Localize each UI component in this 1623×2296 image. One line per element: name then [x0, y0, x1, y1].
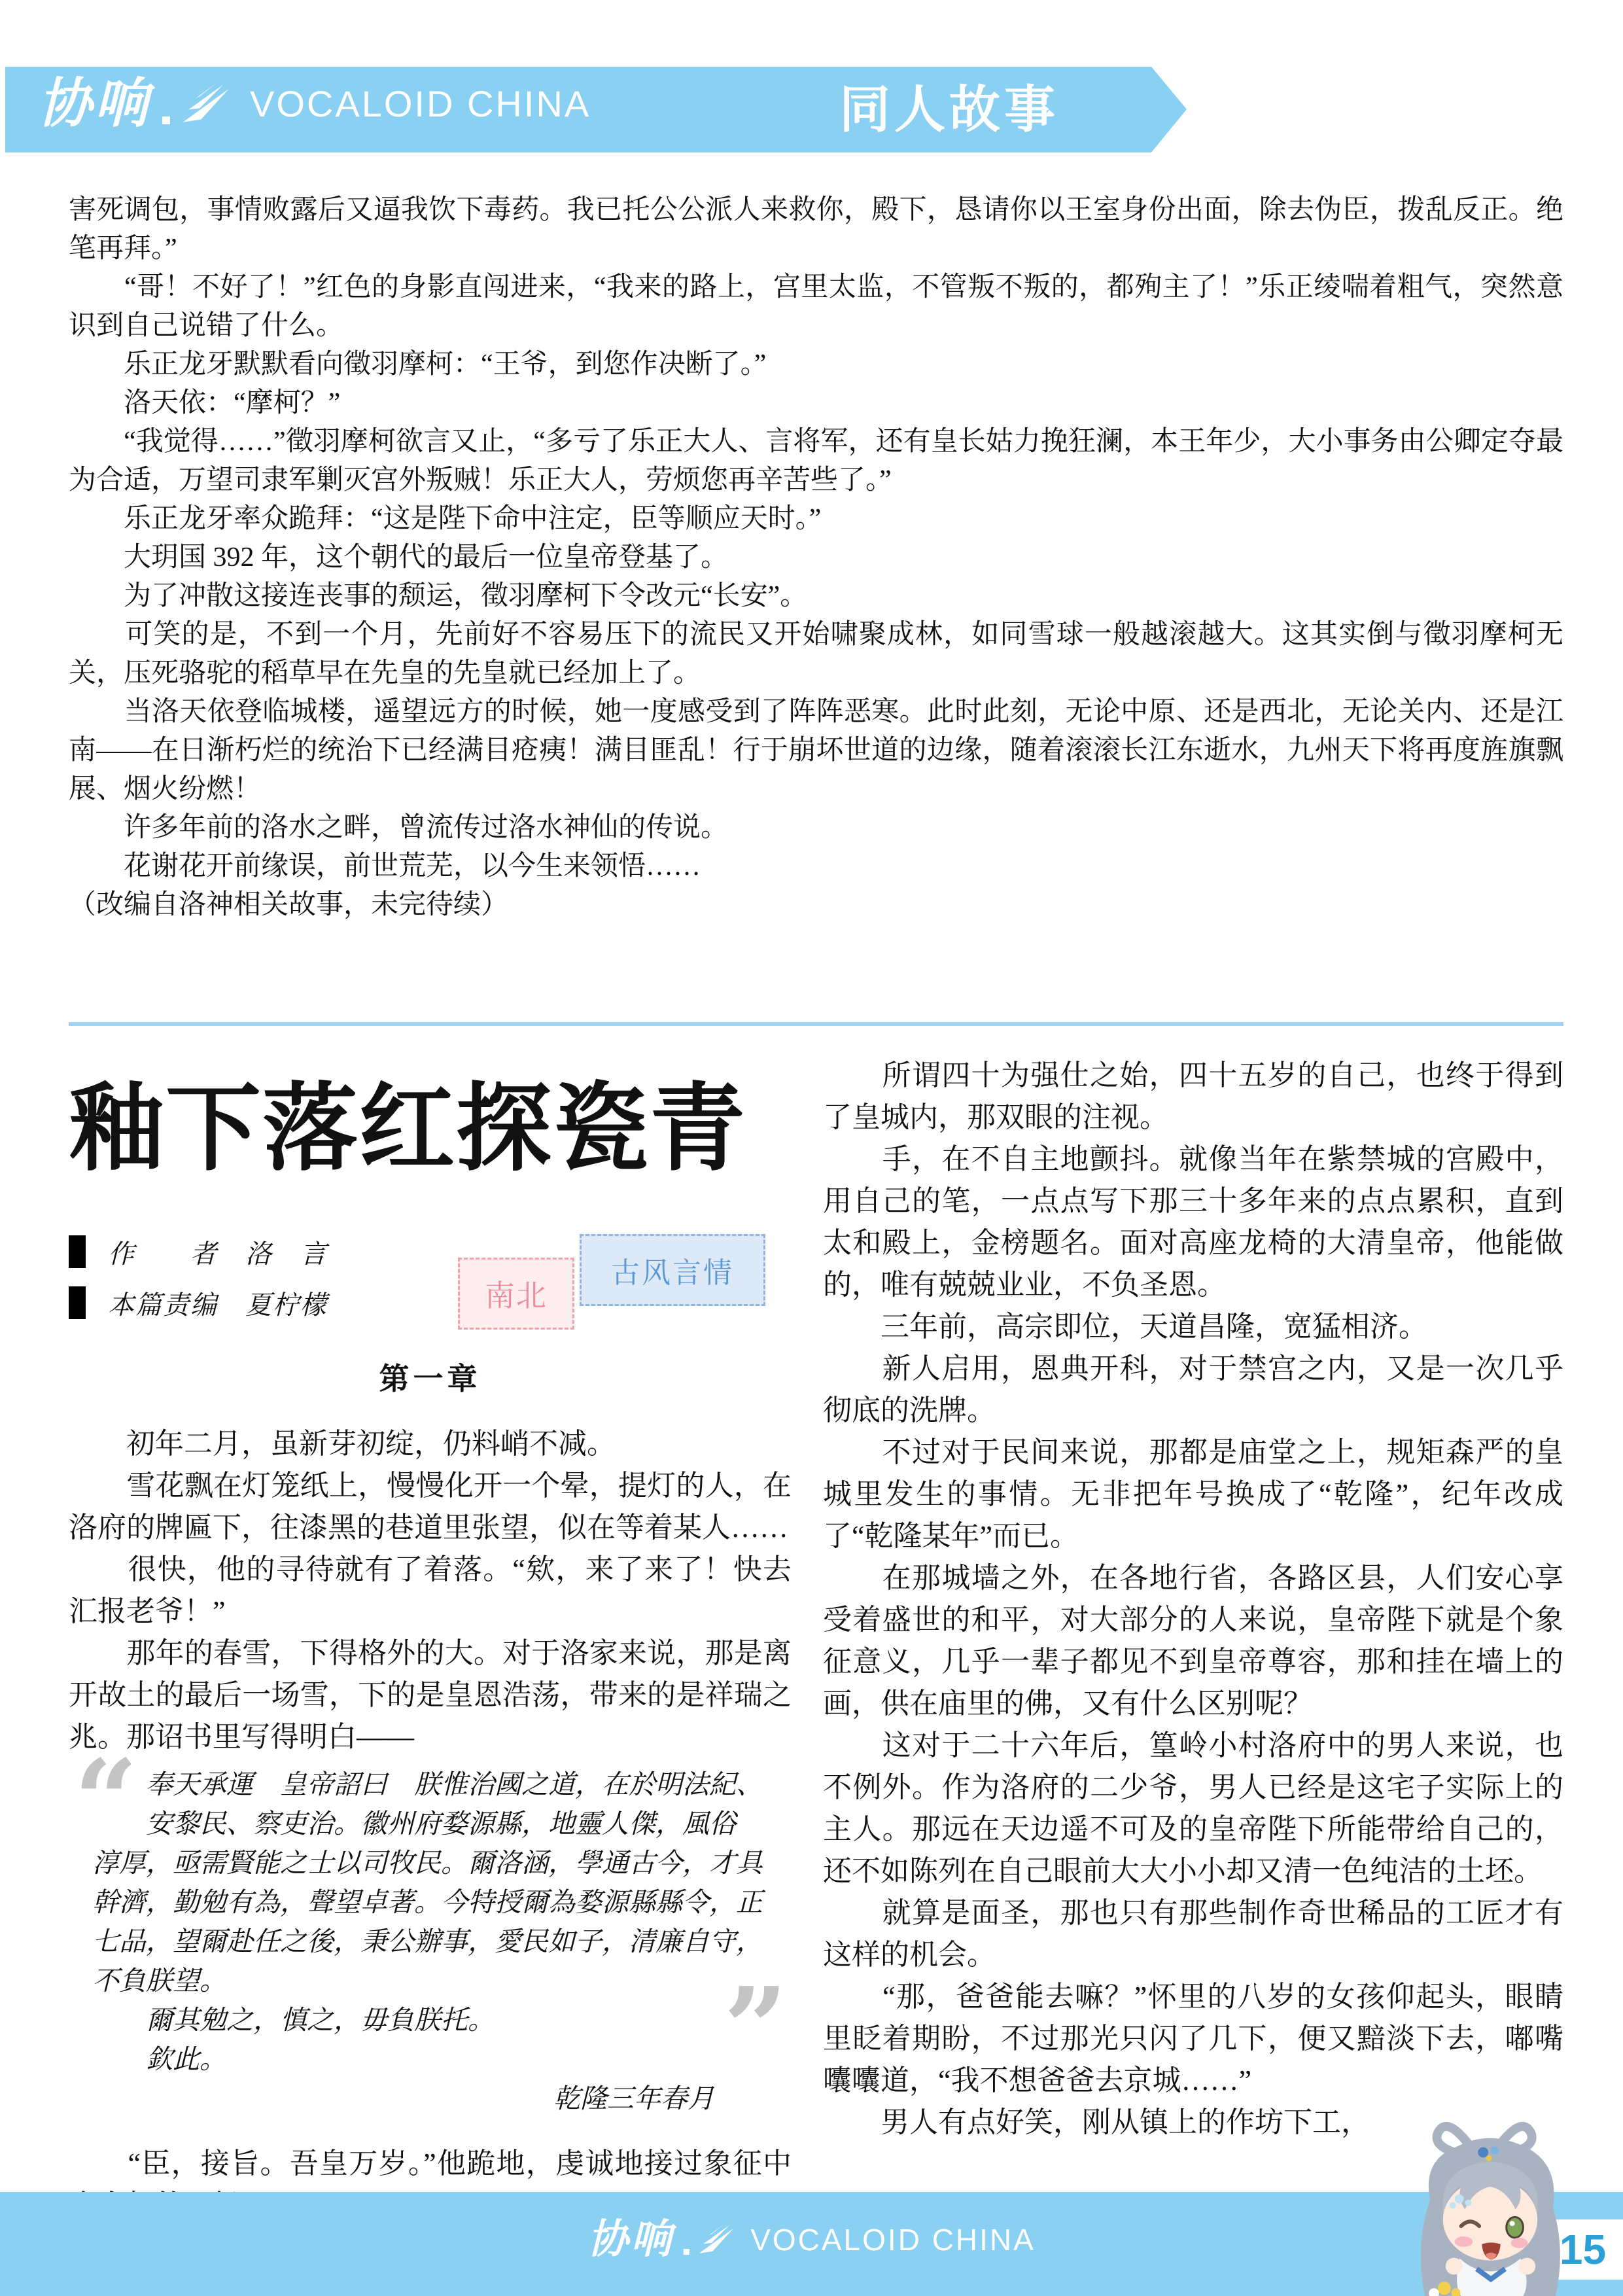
open-quote-mark: “ [74, 1745, 138, 1856]
imperial-edict-quote: “ 奉天承運 皇帝詔曰 朕惟治國之道，在於明法紀、 安黎民、察吏治。徽州府婺源縣… [92, 1765, 792, 2118]
story1-paragraph: “我觉得……”徵羽摩柯欲言又止，“多亏了乐正大人、言将军，还有皇长姑力挽狂澜，本… [69, 423, 1563, 500]
wing-icon [698, 2224, 736, 2255]
brand-en-logo: VOCALOID CHINA [750, 2225, 1036, 2255]
tag-genre-label: 古风言情 [611, 1249, 734, 1291]
story2-paragraph: 不过对于民间来说，那都是庙堂之上，规矩森严的皇城里发生的事情。无非把年号换成了“… [823, 1432, 1563, 1557]
story2-paragraph: 在那城墙之外，在各地行省，各路区县，人们安心享受着盛世的和平，对大部分的人来说，… [823, 1557, 1563, 1725]
quote-line: 不負朕望。 [92, 1961, 792, 2000]
square-bullet-icon [69, 1235, 86, 1268]
brand-dot [683, 2249, 689, 2255]
story2-left-body-1: 初年二月，虽新芽初绽，仍料峭不减。 雪花飘在灯笼纸上，慢慢化开一个晕，提灯的人，… [69, 1423, 792, 1758]
story2-paragraph: 那年的春雪，下得格外的大。对于洛家来说，那是离开故土的最后一场雪，下的是皇恩浩荡… [69, 1633, 792, 1758]
quote-line: 淳厚，亟需賢能之士以司牧民。爾洛涵，學通古今，才具 [92, 1843, 792, 1882]
header-logo: 协响 VOCALOID CHINA [38, 77, 591, 131]
story1-paragraph: “哥！不好了！”红色的身影直闯进来，“我来的路上，宫里太监，不管叛不叛的，都殉主… [69, 268, 1563, 345]
story1-paragraph: 大玥国 392 年，这个朝代的最后一位皇帝登基了。 [69, 539, 1563, 577]
story2-paragraph: 很快，他的寻待就有了着落。“欸，来了来了！快去汇报老爷！” [69, 1549, 792, 1633]
chapter-heading: 第一章 [69, 1355, 792, 1398]
quote-line: 幹濟，勤勉有為，聲望卓著。今特授爾為婺源縣縣令，正 [92, 1882, 792, 1922]
story2-right-column: 所谓四十为强仕之始，四十五岁的自己，也终于得到了皇城内，那双眼的注视。 手，在不… [823, 1055, 1563, 2144]
story1-paragraph: 可笑的是，不到一个月，先前好不容易压下的流民又开始啸聚成林，如同雪球一般越滚越大… [69, 616, 1563, 693]
story1-text: 害死调包，事情败露后又逼我饮下毒药。我已托公公派人来救你，殿下，恳请你以王室身份… [69, 191, 1563, 925]
footer-logo: 协响 VOCALOID CHINA [587, 2219, 1036, 2260]
brand-cn-logo: 协响 [38, 77, 150, 131]
brand-cn-logo: 协响 [587, 2219, 674, 2260]
tag-genre: 古风言情 [580, 1234, 765, 1306]
author-line: 作 者 洛 言 [108, 1233, 328, 1271]
story1-paragraphs: 害死调包，事情败露后又逼我饮下毒药。我已托公公派人来救你，殿下，恳请你以王室身份… [69, 191, 1563, 886]
quote-date: 乾隆三年春月 [92, 2079, 792, 2118]
editor-line: 本篇责编 夏柠檬 [108, 1284, 328, 1322]
magazine-page: 协响 VOCALOID CHINA 同人故事 害死调包，事情败露后又逼我饮下毒药… [0, 0, 1623, 2296]
story2-paragraph: 新人启用，恩典开科，对于禁宫之内，又是一次几乎彻底的洗牌。 [823, 1348, 1563, 1432]
story2-paragraph: 手，在不自主地颤抖。就像当年在紫禁城的宫殿中，用自己的笔，一点点写下那三十多年来… [823, 1139, 1563, 1306]
quote-line: 七品，望爾赴任之後，秉公辦事，愛民如子，清廉自守， [92, 1922, 792, 1961]
story2-paragraph: 这对于二十六年后，篁岭小村洛府中的男人来说，也不例外。作为洛府的二少爷，男人已经… [823, 1725, 1563, 1892]
story1-paragraph: 花谢花开前缘误，前世荒芜，以今生来领悟…… [69, 847, 1563, 886]
brand-dot [162, 116, 170, 124]
square-bullet-icon [69, 1286, 86, 1319]
quote-line: 爾其勉之，慎之，毋負朕托。 [92, 2000, 792, 2040]
story1-paragraph: 许多年前的洛水之畔，曾流传过洛水神仙的传说。 [69, 809, 1563, 847]
header-banner-arrow [1151, 67, 1187, 152]
tag-region-label: 南北 [485, 1272, 548, 1315]
tag-region: 南北 [458, 1258, 574, 1330]
story2-paragraph: 三年前，高宗即位，天道昌隆，宽猛相济。 [823, 1306, 1563, 1348]
story1-paragraph: 为了冲散这接连丧事的颓运，徵羽摩柯下令改元“长安”。 [69, 577, 1563, 616]
story1-paragraph: 洛天依：“摩柯？” [69, 384, 1563, 423]
story2-paragraph: 所谓四十为强仕之始，四十五岁的自己，也终于得到了皇城内，那双眼的注视。 [823, 1055, 1563, 1139]
section-title: 同人故事 [839, 84, 1059, 135]
story2-paragraph: 初年二月，虽新芽初绽，仍料峭不减。 [69, 1423, 792, 1465]
close-quote-mark: ” [724, 1973, 788, 2084]
story2-paragraph: “那，爸爸能去嘛？”怀里的八岁的女孩仰起头，眼睛里眨着期盼，不过那光只闪了几下，… [823, 1976, 1563, 2102]
wing-icon [182, 83, 233, 125]
story1-closing-note: （改编自洛神相关故事，未完待续） [69, 886, 1563, 925]
story2-paragraph: 就算是面圣，那也只有那些制作奇世稀品的工匠才有这样的机会。 [823, 1892, 1563, 1976]
story1-paragraph: 害死调包，事情败露后又逼我饮下毒药。我已托公公派人来救你，殿下，恳请你以王室身份… [69, 191, 1563, 268]
story2-title: 釉下落红探瓷青 [69, 1080, 792, 1180]
luo-tianyi-chibi-mascot [1406, 2121, 1574, 2296]
quote-line: 欽此。 [92, 2040, 792, 2079]
story1-paragraph: 乐正龙牙率众跪拜：“这是陛下命中注定，臣等顺应天时。” [69, 500, 1563, 539]
story2-paragraph: 雪花飘在灯笼纸上，慢慢化开一个晕，提灯的人，在洛府的牌匾下，往漆黑的巷道里张望，… [69, 1465, 792, 1549]
quote-line: 安黎民、察吏治。徽州府婺源縣，地靈人傑，風俗 [92, 1804, 792, 1843]
section-divider [69, 1022, 1563, 1026]
brand-en-logo: VOCALOID CHINA [250, 86, 591, 122]
story1-paragraph: 乐正龙牙默默看向徵羽摩柯：“王爷，到您作决断了。” [69, 345, 1563, 384]
quote-lines: 奉天承運 皇帝詔曰 朕惟治國之道，在於明法紀、 安黎民、察吏治。徽州府婺源縣，地… [92, 1765, 792, 2079]
quote-line: 奉天承運 皇帝詔曰 朕惟治國之道，在於明法紀、 [92, 1765, 792, 1804]
story1-paragraph: 当洛天依登临城楼，遥望远方的时候，她一度感受到了阵阵恶寒。此时此刻，无论中原、还… [69, 693, 1563, 809]
